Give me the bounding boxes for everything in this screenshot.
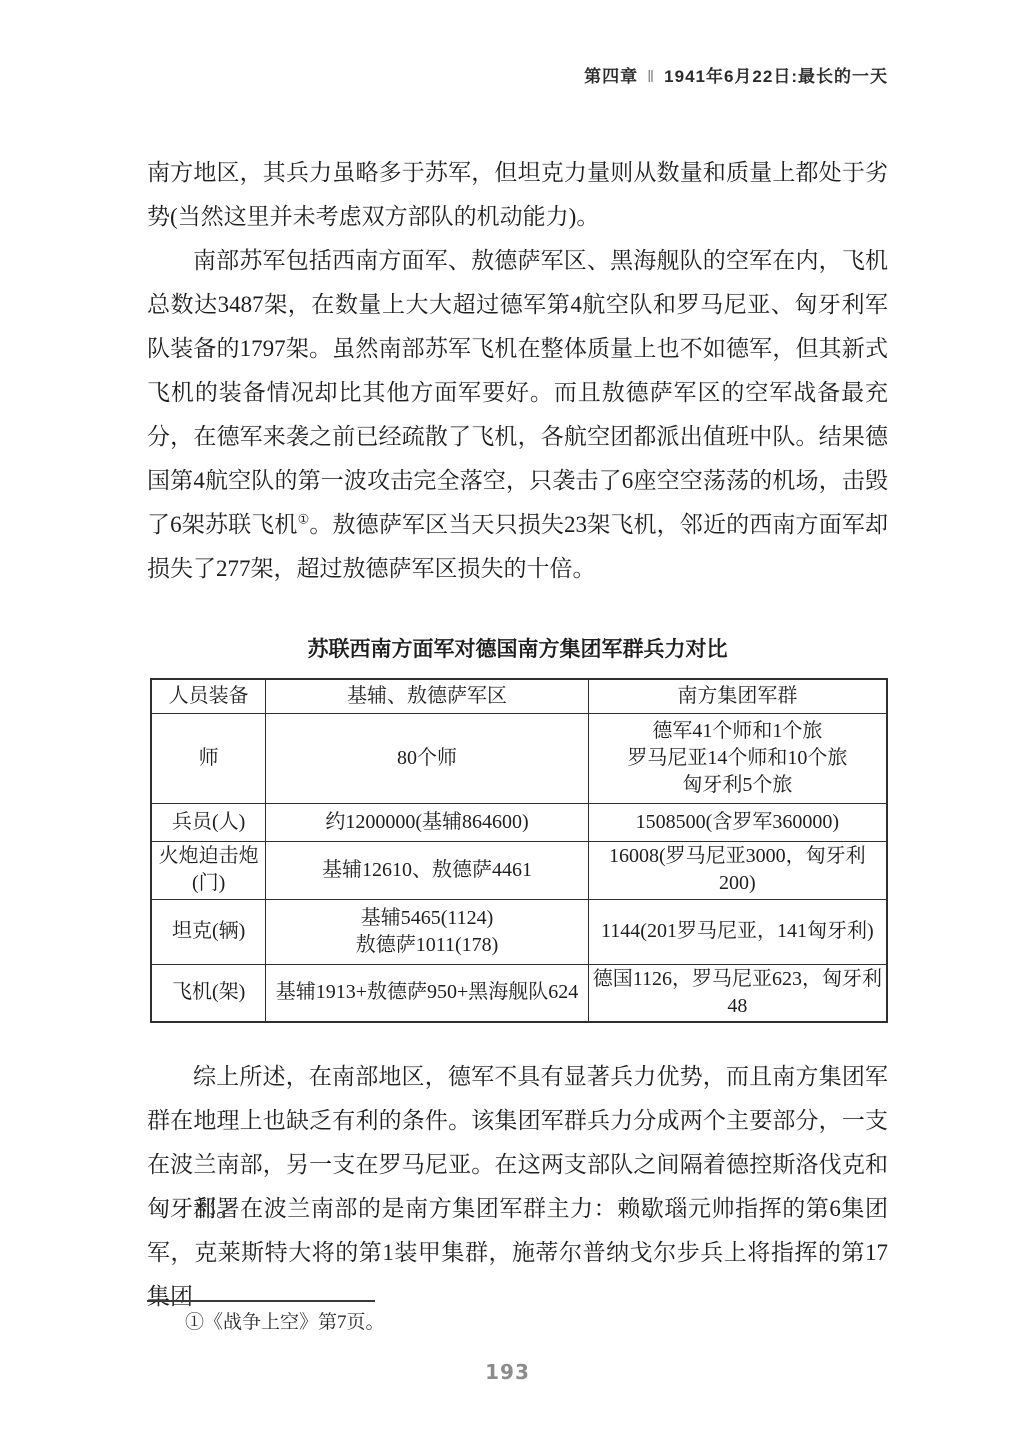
table-row: 兵员(人) 约1200000(基辅864600) 1508500(含罗军3600… [151, 803, 887, 841]
table-cell-line: 罗马尼亚14个师和10个旅 [593, 745, 882, 772]
table-cell-line: 南方集团军群 [593, 683, 882, 710]
table-cell-line: 约1200000(基辅864600) [270, 809, 583, 836]
table-cell: 火炮迫击炮 (门) [151, 841, 266, 899]
table-cell-line: 基辅、敖德萨军区 [270, 683, 583, 710]
table-cell-line: 兵员(人) [156, 809, 261, 836]
footnote-rule [147, 1300, 375, 1302]
table-cell-line: 1144(201罗马尼亚，141匈牙利) [593, 918, 882, 945]
table-row: 坦克(辆) 基辅5465(1124) 敖德萨1011(178) 1144(201… [151, 899, 887, 964]
table-cell: 坦克(辆) [151, 899, 266, 964]
table-cell-line: 基辅12610、敖德萨4461 [270, 857, 583, 884]
table-cell-line: 匈牙利5个旅 [593, 772, 882, 799]
table-cell-line: 80个师 [270, 745, 583, 772]
table-header-cell: 南方集团军群 [588, 679, 887, 713]
table-cell-line: 敖德萨1011(178) [270, 932, 583, 959]
chapter-label: 第四章 [584, 67, 638, 86]
running-head-title: 1941年6月22日:最长的一天 [664, 67, 888, 86]
table-header-cell: 人员装备 [151, 679, 266, 713]
table-cell-line: 人员装备 [156, 683, 261, 710]
table-header-row: 人员装备 基辅、敖德萨军区 南方集团军群 [151, 679, 887, 713]
table-cell-line: 16008(罗马尼亚3000，匈牙利200) [593, 843, 882, 897]
table-cell: 1144(201罗马尼亚，141匈牙利) [588, 899, 887, 964]
table-row: 火炮迫击炮 (门) 基辅12610、敖德萨4461 16008(罗马尼亚3000… [151, 841, 887, 899]
table-cell-line: 师 [156, 745, 261, 772]
table-cell-line: 飞机(架) [156, 979, 261, 1006]
table-cell-line: 基辅1913+敖德萨950+黑海舰队624 [270, 979, 583, 1006]
table-cell: 1508500(含罗军360000) [588, 803, 887, 841]
table-cell-line: 1508500(含罗军360000) [593, 809, 882, 836]
page-number: 193 [0, 1360, 1015, 1384]
footnote-text: ①《战争上空》第7页。 [147, 1308, 888, 1338]
table-cell-line: 德国1126，罗马尼亚623，匈牙利48 [593, 966, 882, 1020]
table-cell: 师 [151, 713, 266, 803]
table-cell-line: 德军41个师和1个旅 [593, 718, 882, 745]
table-cell: 兵员(人) [151, 803, 266, 841]
table-cell-line: 坦克(辆) [156, 918, 261, 945]
force-comparison-table: 人员装备 基辅、敖德萨军区 南方集团军群 师 80个师 德军41个师和1个旅 罗… [150, 678, 888, 1023]
footnote-marker: ① [298, 511, 310, 526]
table-header-cell: 基辅、敖德萨军区 [266, 679, 588, 713]
table-cell: 约1200000(基辅864600) [266, 803, 588, 841]
table-cell-line: (门) [156, 870, 261, 897]
table-row: 飞机(架) 基辅1913+敖德萨950+黑海舰队624 德国1126，罗马尼亚6… [151, 964, 887, 1022]
table-cell: 德国1126，罗马尼亚623，匈牙利48 [588, 964, 887, 1022]
table-cell: 基辅1913+敖德萨950+黑海舰队624 [266, 964, 588, 1022]
running-head-divider: ‖ [638, 67, 664, 86]
table-cell: 基辅5465(1124) 敖德萨1011(178) [266, 899, 588, 964]
running-head: 第四章‖1941年6月22日:最长的一天 [0, 62, 888, 87]
table-row: 师 80个师 德军41个师和1个旅 罗马尼亚14个师和10个旅 匈牙利5个旅 [151, 713, 887, 803]
table-cell-line: 火炮迫击炮 [156, 843, 261, 870]
table-cell: 16008(罗马尼亚3000，匈牙利200) [588, 841, 887, 899]
paragraph: 南部苏军包括西南方面军、敖德萨军区、黑海舰队的空军在内，飞机总数达3487架，在… [147, 239, 888, 591]
table-cell-line: 基辅5465(1124) [270, 905, 583, 932]
table-cell: 飞机(架) [151, 964, 266, 1022]
table-cell: 基辅12610、敖德萨4461 [266, 841, 588, 899]
book-page: 第四章‖1941年6月22日:最长的一天 南方地区，其兵力虽略多于苏军，但坦克力… [0, 0, 1015, 1439]
paragraph-text: 南部苏军包括西南方面军、敖德萨军区、黑海舰队的空军在内，飞机总数达3487架，在… [147, 248, 888, 537]
body-text-block: 南方地区，其兵力虽略多于苏军，但坦克力量则从数量和质量上都处于劣势(当然这里并未… [147, 151, 888, 591]
table-cell: 德军41个师和1个旅 罗马尼亚14个师和10个旅 匈牙利5个旅 [588, 713, 887, 803]
table-title: 苏联西南方面军对德国南方集团军群兵力对比 [147, 633, 888, 663]
paragraph-continuation: 南方地区，其兵力虽略多于苏军，但坦克力量则从数量和质量上都处于劣势(当然这里并未… [147, 151, 888, 239]
table-cell: 80个师 [266, 713, 588, 803]
